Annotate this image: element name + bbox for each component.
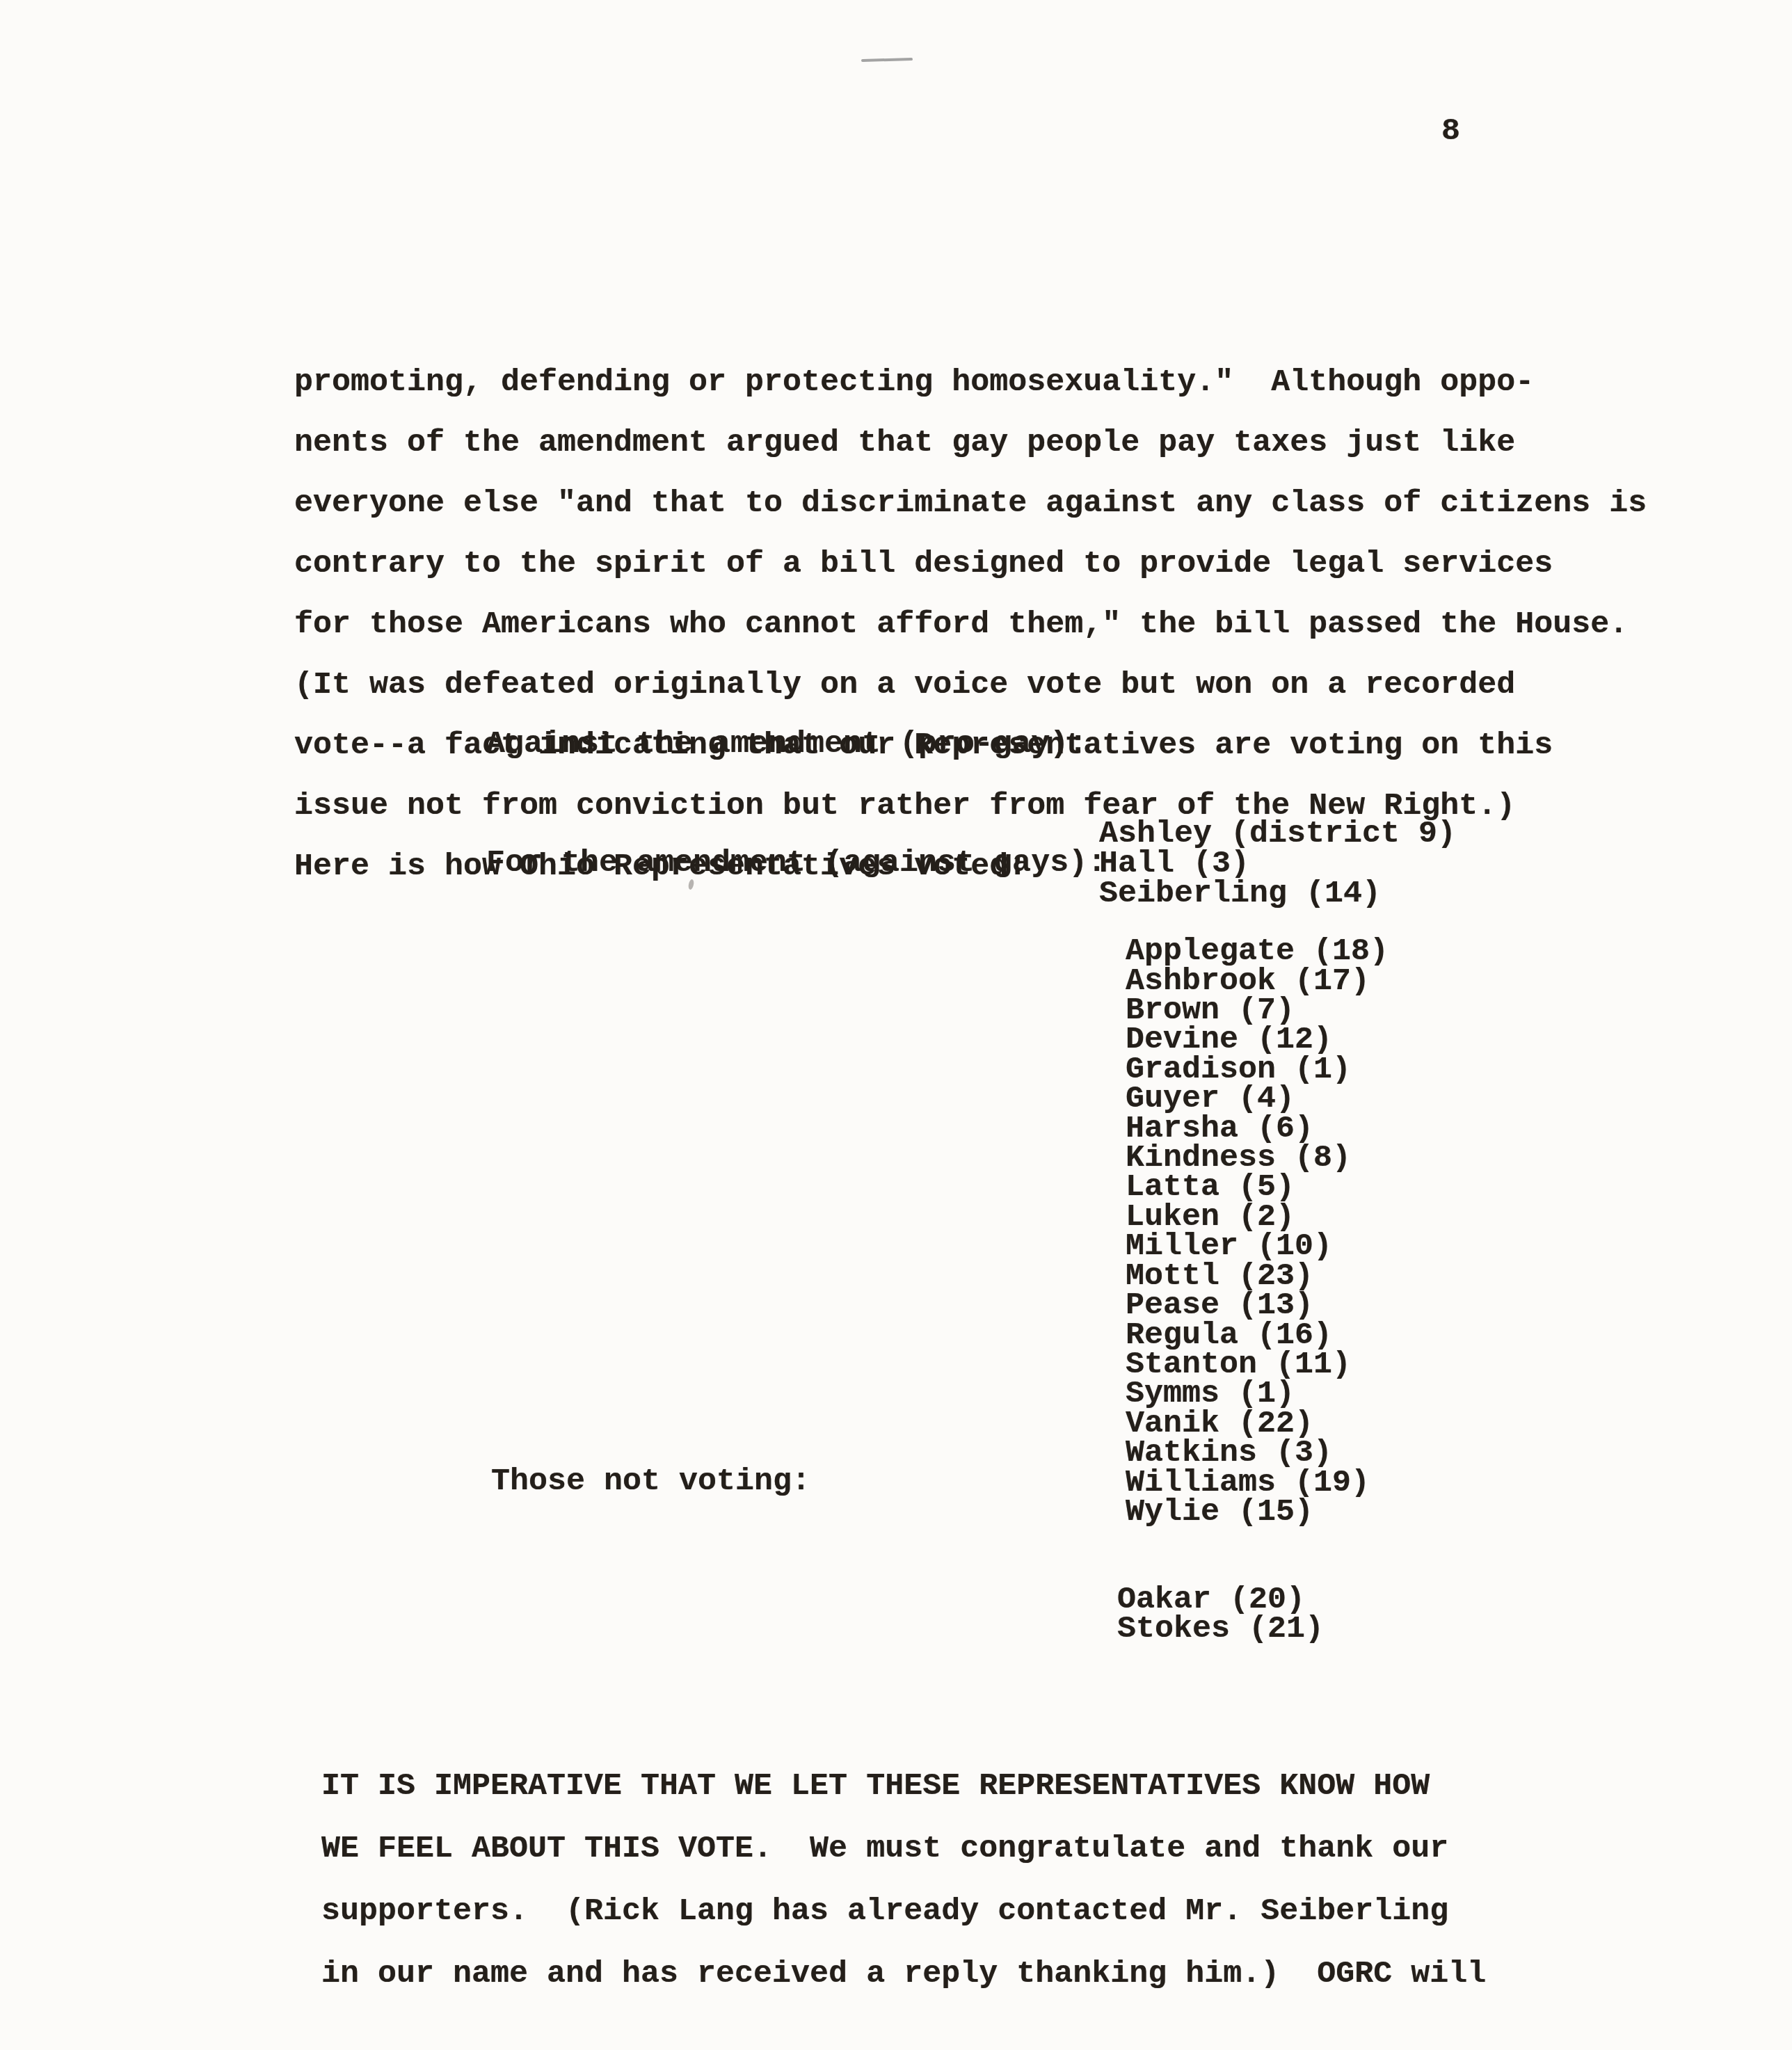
paragraph-line: contrary to the spirit of a bill designe… xyxy=(294,534,1647,594)
representative-item: Watkins (3) xyxy=(1126,1439,1389,1468)
representative-item: Gradison (1) xyxy=(1126,1055,1389,1084)
paragraph-line: promoting, defending or protecting homos… xyxy=(294,352,1647,413)
paragraph-line: (It was defeated originally on a voice v… xyxy=(294,655,1647,715)
for-amendment-label: For the amendment (against gays): xyxy=(486,849,1106,878)
paragraph-line: supporters. (Rick Lang has already conta… xyxy=(321,1880,1486,1943)
representative-item: Guyer (4) xyxy=(1126,1084,1389,1114)
paragraph-line: IT IS IMPERATIVE THAT WE LET THESE REPRE… xyxy=(321,1755,1486,1818)
scan-artifact-dash xyxy=(861,58,913,62)
paragraph-bottom: IT IS IMPERATIVE THAT WE LET THESE REPRE… xyxy=(321,1567,1486,2005)
representative-item: Latta (5) xyxy=(1126,1173,1389,1202)
representative-item: Regula (16) xyxy=(1126,1321,1389,1350)
paragraph-line: for those Americans who cannot afford th… xyxy=(294,594,1647,655)
paragraph-line: nents of the amendment argued that gay p… xyxy=(294,413,1647,473)
scanned-document-page: 8 promoting, defending or protecting hom… xyxy=(0,0,1792,2050)
representative-item: Pease (13) xyxy=(1126,1291,1389,1320)
paragraph-line: in our name and has received a reply tha… xyxy=(321,1943,1486,2005)
representative-item: Vanik (22) xyxy=(1126,1409,1389,1439)
representative-item: Applegate (18) xyxy=(1126,937,1389,966)
representative-item: Ashley (district 9) xyxy=(1099,819,1456,849)
not-voting-label: Those not voting: xyxy=(491,1467,810,1496)
against-amendment-label: Against the amendment (pro-gay): xyxy=(486,729,1087,759)
representative-item: Symms (1) xyxy=(1126,1379,1389,1409)
representative-item: Devine (12) xyxy=(1126,1025,1389,1055)
representative-item: Luken (2) xyxy=(1126,1203,1389,1232)
representative-item: Ashbrook (17) xyxy=(1126,967,1389,996)
representative-item: Harsha (6) xyxy=(1126,1114,1389,1144)
representative-item: Brown (7) xyxy=(1126,996,1389,1025)
representative-item: Stanton (11) xyxy=(1126,1350,1389,1379)
for-amendment-list: Applegate (18)Ashbrook (17)Brown (7)Devi… xyxy=(1126,849,1389,1527)
representative-item: Mottl (23) xyxy=(1126,1262,1389,1291)
page-number: 8 xyxy=(1441,112,1460,150)
representative-item: Williams (19) xyxy=(1126,1468,1389,1498)
representative-item: Kindness (8) xyxy=(1126,1144,1389,1173)
paragraph-line: everyone else "and that to discriminate … xyxy=(294,473,1647,534)
representative-item: Miller (10) xyxy=(1126,1232,1389,1261)
paragraph-line: WE FEEL ABOUT THIS VOTE. We must congrat… xyxy=(321,1818,1486,1880)
